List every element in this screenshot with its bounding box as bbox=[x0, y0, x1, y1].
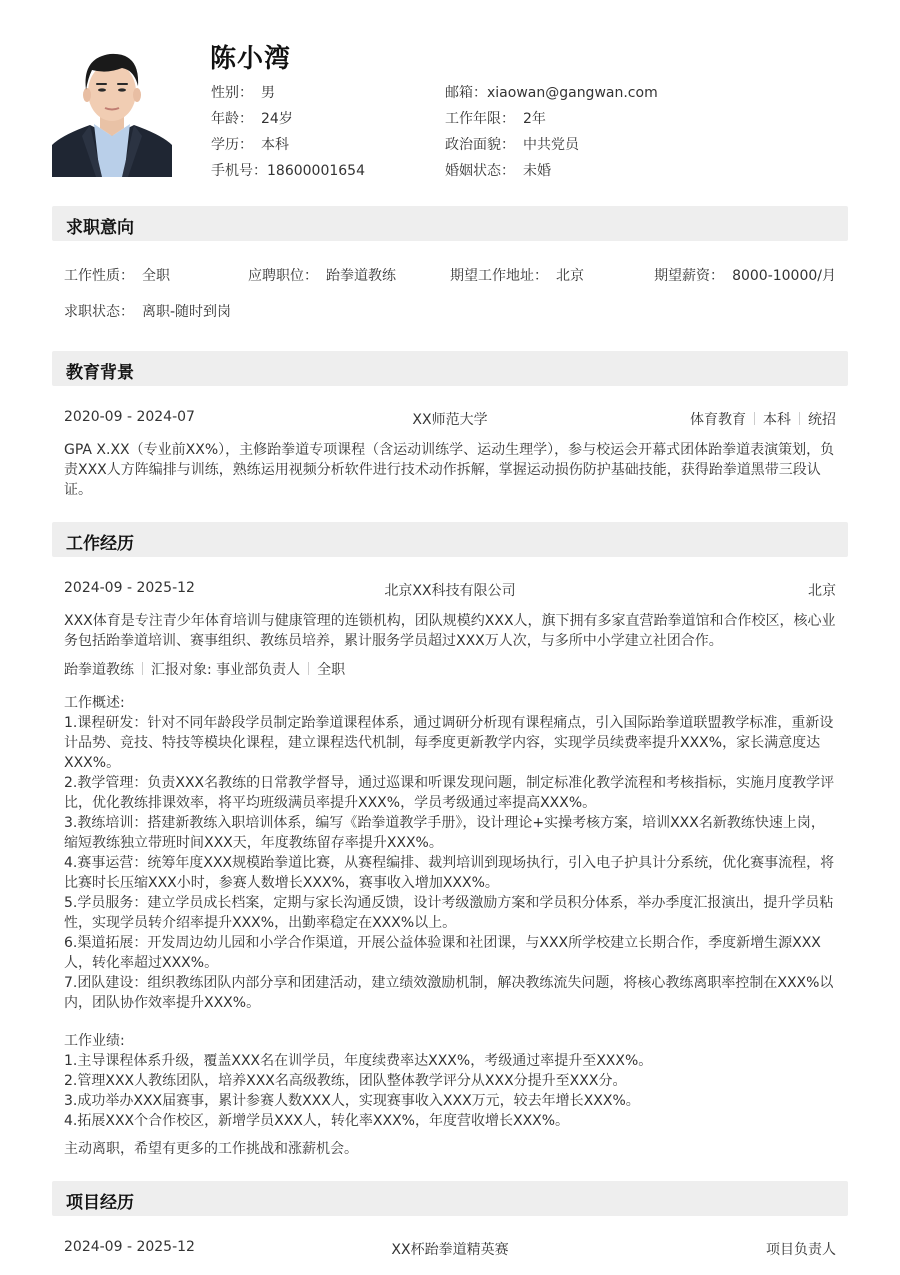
achievement-item: 3.成功举办XXX届赛事，累计参赛人数XXX人，实现赛事收入XXX万元，较去年增… bbox=[64, 1091, 836, 1111]
field-value: 8000-10000/月 bbox=[732, 268, 836, 284]
profile-photo bbox=[52, 40, 172, 177]
work-location: 北京 bbox=[808, 580, 836, 600]
info-label: 政治面貌： bbox=[445, 137, 515, 153]
portrait-photo-icon bbox=[52, 40, 172, 177]
work-tags: 跆拳道教练汇报对象: 事业部负责人全职 bbox=[64, 659, 345, 679]
info-value: 本科 bbox=[261, 137, 289, 153]
overview-item: 3.教练培训：搭建新教练入职培训体系，编写《跆拳道教学手册》，设计理论+实操考核… bbox=[64, 813, 836, 853]
info-label: 年龄： bbox=[211, 111, 253, 127]
info-political-status: 政治面貌：中共党员 bbox=[445, 134, 658, 160]
info-label: 性别： bbox=[211, 85, 253, 101]
field-value: 全职 bbox=[142, 268, 170, 284]
field-value: 离职-随时到岗 bbox=[142, 304, 231, 320]
achievement-item: 1.主导课程体系升级，覆盖XXX名在训学员，年度续费率达XXX%，考级通过率提升… bbox=[64, 1051, 836, 1071]
education-major: 体育教育 bbox=[690, 412, 746, 428]
field-label: 应聘职位： bbox=[248, 268, 318, 284]
divider bbox=[308, 662, 309, 675]
overview-item: 6.渠道拓展：开发周边幼儿园和小学合作渠道，开展公益体验课和社团课，与XXX所学… bbox=[64, 933, 836, 973]
work-report-to: 汇报对象: 事业部负责人 bbox=[151, 662, 300, 678]
field-label: 期望工作地址： bbox=[450, 268, 548, 284]
achievement-item: 2.管理XXX人教练团队，培养XXX名高级教练，团队整体教学评分从XXX分提升至… bbox=[64, 1071, 836, 1091]
intent-status: 求职状态：离职-随时到岗 bbox=[64, 301, 231, 321]
section-title: 项目经历 bbox=[66, 1188, 134, 1213]
achievement-item: 4.拓展XXX个合作校区，新增学员XXX人，转化率XXX%，年度营收增长XXX%… bbox=[64, 1111, 836, 1131]
intent-location: 期望工作地址：北京 bbox=[450, 265, 584, 285]
info-label: 手机号： bbox=[211, 163, 267, 179]
project-role: 项目负责人 bbox=[766, 1239, 836, 1259]
section-header-project: 项目经历 bbox=[52, 1181, 848, 1216]
overview-item: 7.团队建设：组织教练团队内部分享和团建活动，建立绩效激励机制，解决教练流失问题… bbox=[64, 973, 836, 1013]
work-company-intro: XXX体育是专注青少年体育培训与健康管理的连锁机构，团队规模约XXX人，旗下拥有… bbox=[64, 611, 836, 651]
project-name: XX杯跆拳道精英赛 bbox=[64, 1239, 836, 1259]
section-header-job-intent: 求职意向 bbox=[52, 206, 848, 241]
field-label: 工作性质： bbox=[64, 268, 134, 284]
info-marital-status: 婚姻状态：未婚 bbox=[445, 160, 658, 186]
info-value: 24岁 bbox=[261, 111, 293, 127]
candidate-name: 陈小湾 bbox=[210, 38, 291, 75]
info-label: 婚姻状态： bbox=[445, 163, 515, 179]
education-tags: 体育教育本科统招 bbox=[690, 409, 836, 429]
education-degree: 本科 bbox=[763, 412, 791, 428]
field-label: 期望薪资： bbox=[654, 268, 724, 284]
info-value: 未婚 bbox=[523, 163, 551, 179]
work-header-row: 2024-09 - 2025-12 北京XX科技有限公司 北京 bbox=[64, 580, 836, 600]
divider bbox=[754, 412, 755, 425]
info-value: 中共党员 bbox=[523, 137, 579, 153]
section-title: 工作经历 bbox=[66, 529, 134, 554]
info-value: 2年 bbox=[523, 111, 546, 127]
education-header-row: 2020-09 - 2024-07 XX师范大学 体育教育本科统招 bbox=[64, 409, 836, 429]
info-work-years: 工作年限：2年 bbox=[445, 108, 658, 134]
overview-item: 5.学员服务：建立学员成长档案，定期与家长沟通反馈，设计考级激励方案和学员积分体… bbox=[64, 893, 836, 933]
info-phone: 手机号：18600001654 bbox=[211, 160, 365, 186]
field-label: 求职状态： bbox=[64, 304, 134, 320]
field-value: 跆拳道教练 bbox=[326, 268, 396, 284]
work-overview: 工作概述: 1.课程研发：针对不同年龄段学员制定跆拳道课程体系，通过调研分析现有… bbox=[64, 693, 836, 1013]
info-label: 工作年限： bbox=[445, 111, 515, 127]
overview-item: 1.课程研发：针对不同年龄段学员制定跆拳道课程体系，通过调研分析现有课程痛点，引… bbox=[64, 713, 836, 773]
section-title: 教育背景 bbox=[66, 358, 134, 383]
info-email: 邮箱：xiaowan@gangwan.com bbox=[445, 82, 658, 108]
section-header-education: 教育背景 bbox=[52, 351, 848, 386]
divider bbox=[142, 662, 143, 675]
info-value: 男 bbox=[261, 85, 275, 101]
personal-info-right: 邮箱：xiaowan@gangwan.com 工作年限：2年 政治面貌：中共党员… bbox=[445, 82, 658, 186]
education-description: GPA X.XX（专业前XX%），主修跆拳道专项课程（含运动训练学、运动生理学）… bbox=[64, 440, 836, 500]
info-value: xiaowan@gangwan.com bbox=[487, 85, 658, 101]
divider bbox=[799, 412, 800, 425]
intent-position: 应聘职位：跆拳道教练 bbox=[248, 265, 396, 285]
info-label: 学历： bbox=[211, 137, 253, 153]
work-title: 跆拳道教练 bbox=[64, 662, 134, 678]
info-gender: 性别：男 bbox=[211, 82, 365, 108]
work-type: 全职 bbox=[317, 662, 345, 678]
personal-info-left: 性别：男 年龄：24岁 学历：本科 手机号：18600001654 bbox=[211, 82, 365, 186]
info-label: 邮箱： bbox=[445, 85, 487, 101]
work-company: 北京XX科技有限公司 bbox=[64, 580, 836, 600]
info-education: 学历：本科 bbox=[211, 134, 365, 160]
info-value: 18600001654 bbox=[267, 163, 365, 179]
project-header-row: 2024-09 - 2025-12 XX杯跆拳道精英赛 项目负责人 bbox=[64, 1239, 836, 1259]
intent-job-type: 工作性质：全职 bbox=[64, 265, 170, 285]
work-achievements-title: 工作业绩: bbox=[64, 1031, 836, 1051]
work-leave-reason: 主动离职，希望有更多的工作挑战和涨薪机会。 bbox=[64, 1139, 836, 1159]
overview-item: 2.教学管理：负责XXX名教练的日常教学督导，通过巡课和听课发现问题，制定标准化… bbox=[64, 773, 836, 813]
work-overview-title: 工作概述: bbox=[64, 693, 836, 713]
work-achievements: 工作业绩: 1.主导课程体系升级，覆盖XXX名在训学员，年度续费率达XXX%，考… bbox=[64, 1031, 836, 1131]
section-header-work: 工作经历 bbox=[52, 522, 848, 557]
field-value: 北京 bbox=[556, 268, 584, 284]
section-title: 求职意向 bbox=[66, 213, 134, 238]
education-enrollment-type: 统招 bbox=[808, 412, 836, 428]
overview-item: 4.赛事运营：统筹年度XXX规模跆拳道比赛，从赛程编排、裁判培训到现场执行，引入… bbox=[64, 853, 836, 893]
intent-salary: 期望薪资：8000-10000/月 bbox=[654, 265, 836, 285]
info-age: 年龄：24岁 bbox=[211, 108, 365, 134]
